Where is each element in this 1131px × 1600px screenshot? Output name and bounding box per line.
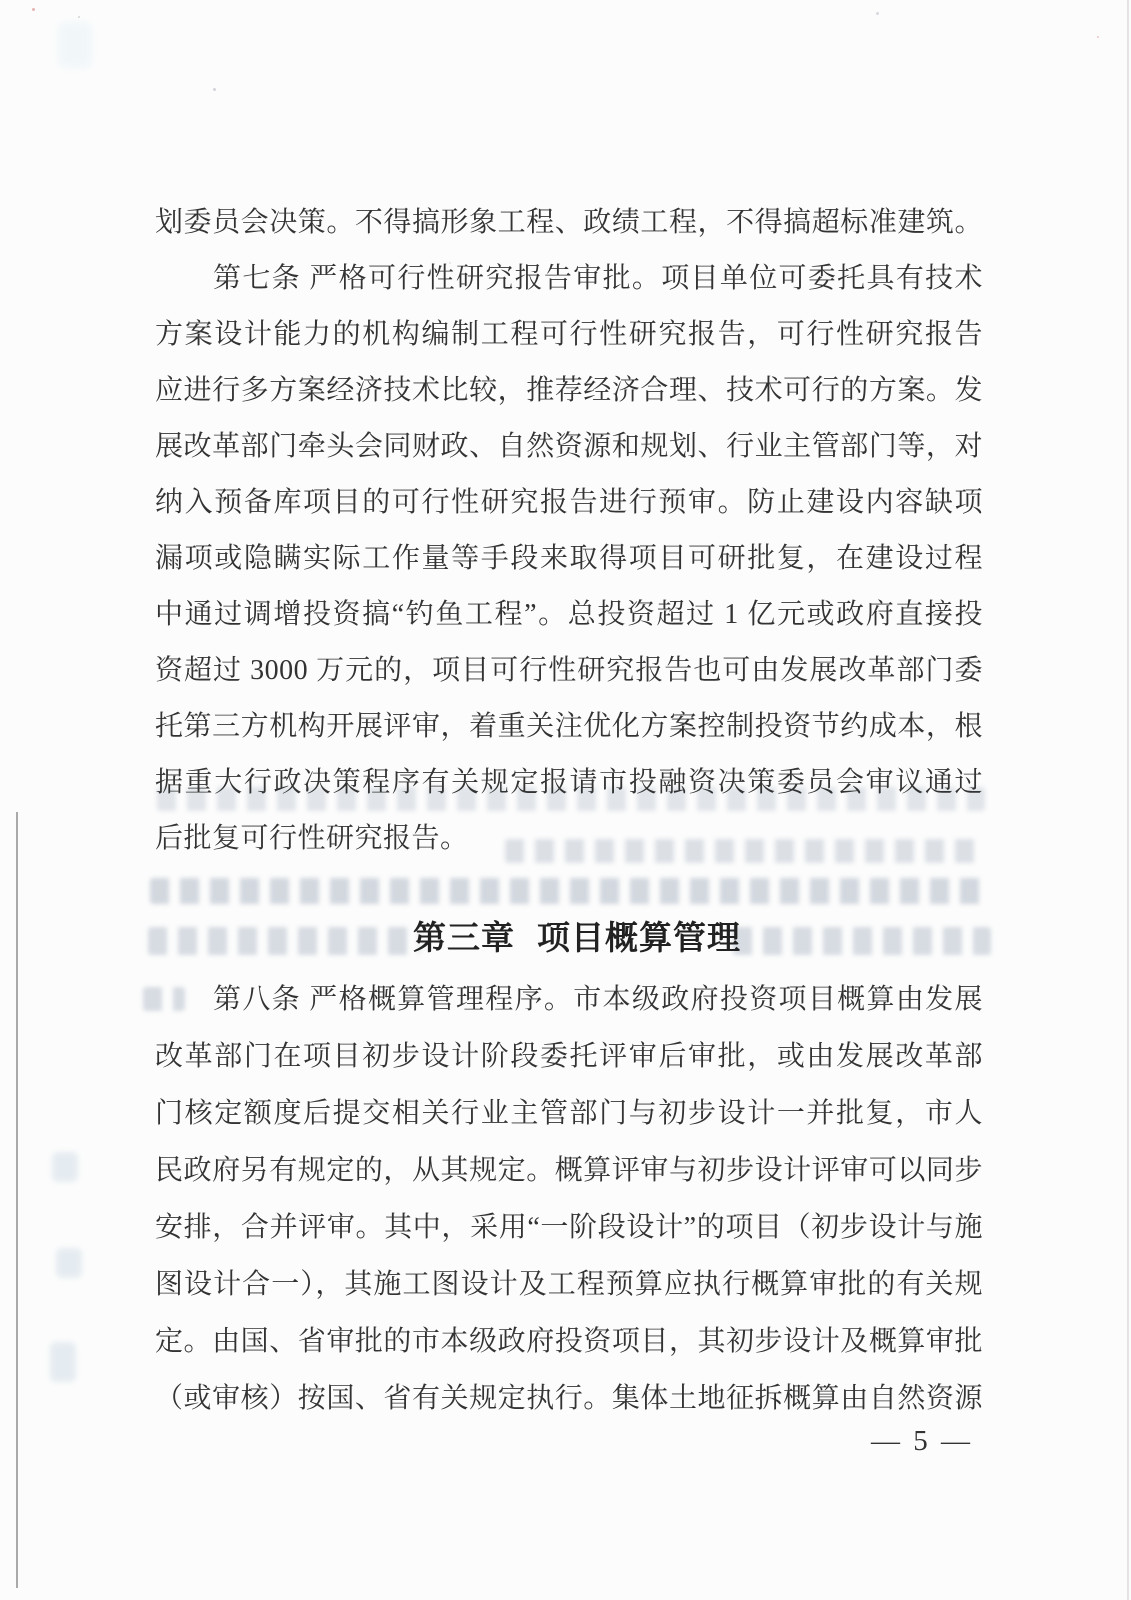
scan-speck-artifact [32, 8, 35, 11]
scanned-document-screenshot: { "document": { "body_lines_part1": [ {"… [0, 0, 1131, 1600]
body-text-line: 资超过 3000 万元的，项目可行性研究报告也可由发展改革部门委 [155, 643, 983, 699]
body-text-line: 展改革部门牵头会同财政、自然资源和规划、行业主管部门等，对 [155, 419, 983, 475]
body-text-line: 后批复可行性研究报告。 [155, 811, 983, 867]
body-text-line: 门核定额度后提交相关行业主管部门与初步设计一并批复，市人 [155, 1085, 983, 1142]
document-page: 划委员会决策。不得搞形象工程、政绩工程，不得搞超标准建筑。第七条 严格可行性研究… [0, 0, 1131, 1600]
scan-smudge-artifact [56, 1248, 82, 1278]
scan-speck-artifact [876, 12, 879, 15]
paragraph-block-article-7: 划委员会决策。不得搞形象工程、政绩工程，不得搞超标准建筑。第七条 严格可行性研究… [155, 195, 983, 867]
bleedthrough-text-artifact [150, 878, 988, 904]
page-number: — 5 — [155, 1424, 973, 1458]
body-text-line: 第七条 严格可行性研究报告审批。项目单位可委托具有技术 [155, 251, 983, 307]
body-text-line: 漏项或隐瞒实际工作量等手段来取得项目可研批复，在建设过程 [155, 531, 983, 587]
scan-speck-artifact [213, 88, 216, 91]
body-text-line: 安排，合并评审。其中，采用“一阶段设计”的项目（初步设计与施工 [155, 1199, 983, 1256]
body-text-line: 纳入预备库项目的可行性研究报告进行预审。防止建设内容缺项 [155, 475, 983, 531]
scan-smudge-artifact [50, 1342, 76, 1382]
scan-smudge-artifact [52, 1152, 78, 1182]
body-text-line: 应进行多方案经济技术比较，推荐经济合理、技术可行的方案。发 [155, 363, 983, 419]
body-text-line: 定。由国、省审批的市本级政府投资项目，其初步设计及概算审批 [155, 1313, 983, 1370]
paragraph-block-article-8: 第八条 严格概算管理程序。市本级政府投资项目概算由发展改革部门在项目初步设计阶段… [155, 971, 983, 1427]
body-text-line: 民政府另有规定的，从其规定。概算评审与初步设计评审可以同步 [155, 1142, 983, 1199]
body-text-line: 据重大行政决策程序有关规定报请市投融资决策委员会审议通过 [155, 755, 983, 811]
body-text-line: 托第三方机构开展评审，着重关注优化方案控制投资节约成本，根 [155, 699, 983, 755]
body-text-line: 改革部门在项目初步设计阶段委托评审后审批，或由发展改革部 [155, 1028, 983, 1085]
body-text-line: 中通过调增投资搞“钓鱼工程”。总投资超过 1 亿元或政府直接投 [155, 587, 983, 643]
body-text-line: 划委员会决策。不得搞形象工程、政绩工程，不得搞超标准建筑。 [155, 195, 983, 251]
chapter-title: 项目概算管理 [537, 921, 741, 957]
chapter-number: 第三章 [413, 921, 515, 957]
scan-speck-artifact [1097, 36, 1099, 38]
body-text-line: 图设计合一），其施工图设计及工程预算应执行概算审批的有关规 [155, 1256, 983, 1313]
body-text-line: （或审核）按国、省有关规定执行。集体土地征拆概算由自然资源和 [155, 1370, 983, 1427]
scan-smudge-artifact [58, 22, 92, 68]
scan-speck-artifact [78, 16, 80, 18]
chapter-heading: 第三章项目概算管理 [163, 918, 991, 960]
body-text-line: 方案设计能力的机构编制工程可行性研究报告，可行性研究报告 [155, 307, 983, 363]
body-text-line: 第八条 严格概算管理程序。市本级政府投资项目概算由发展 [155, 971, 983, 1028]
scan-right-edge-artifact [1127, 0, 1129, 1600]
scan-fold-line-artifact [16, 812, 18, 1588]
